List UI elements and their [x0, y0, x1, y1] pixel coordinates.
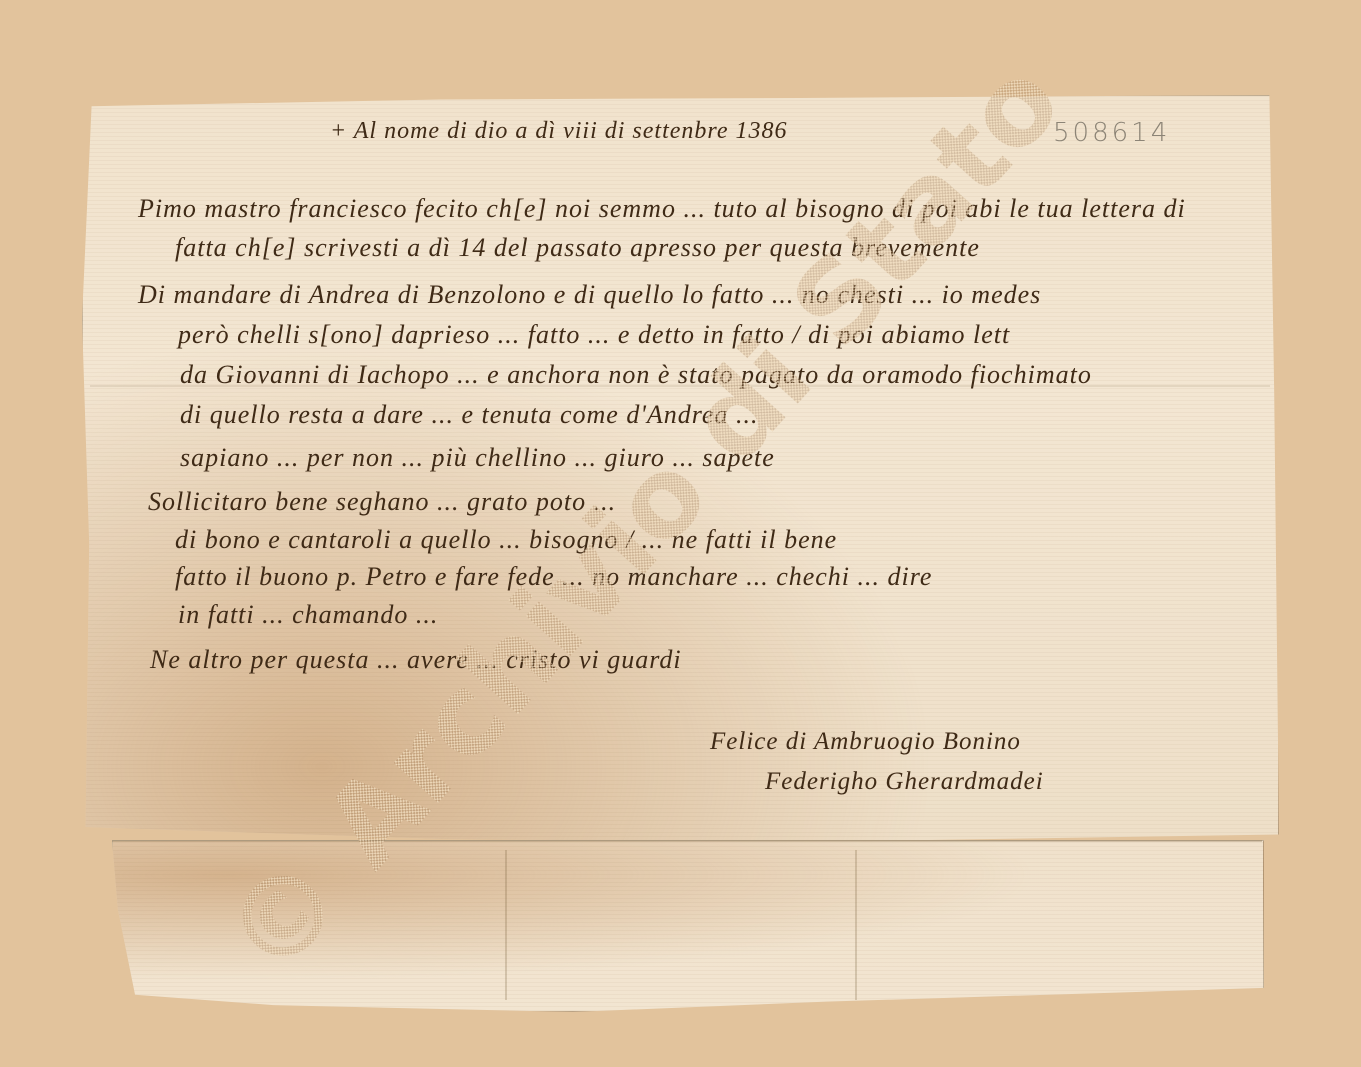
body-line-12: Ne altro per questa ... avere ... cristo…	[150, 645, 682, 675]
body-line-9: di bono e cantaroli a quello ... bisogno…	[175, 525, 837, 555]
fold-line-horizontal	[112, 840, 1262, 842]
body-line-7: sapiano ... per non ... più chellino ...…	[180, 443, 775, 473]
body-line-2: fatta ch[e] scrivesti a dì 14 del passat…	[175, 233, 980, 263]
body-line-4: però chelli s[ono] daprieso ... fatto ..…	[178, 320, 1010, 350]
body-line-1: Pimo mastro franciesco fecito ch[e] noi …	[138, 194, 1186, 224]
body-line-11: in fatti ... chamando ...	[178, 600, 438, 630]
fold-line-vertical-2	[855, 850, 857, 1000]
letter-heading: + Al nome di dio a dì viii di settenbre …	[330, 118, 787, 145]
signature-line-2: Federigho Gherardmadei	[765, 768, 1044, 796]
letter-paper-lower-fold	[112, 840, 1264, 1012]
body-line-3: Di mandare di Andrea di Benzolono e di q…	[138, 280, 1041, 310]
fold-line-vertical-1	[505, 850, 507, 1000]
signature-line-1: Felice di Ambruogio Bonino	[710, 728, 1021, 756]
body-line-8: Sollicitaro bene seghano ... grato poto …	[148, 487, 616, 517]
body-line-5: da Giovanni di Iachopo ... e anchora non…	[180, 360, 1092, 390]
body-line-10: fatto il buono p. Petro e fare fede ... …	[175, 562, 932, 592]
catalog-number: 508614	[1053, 118, 1170, 148]
body-line-6: di quello resta a dare ... e tenuta come…	[180, 400, 758, 430]
